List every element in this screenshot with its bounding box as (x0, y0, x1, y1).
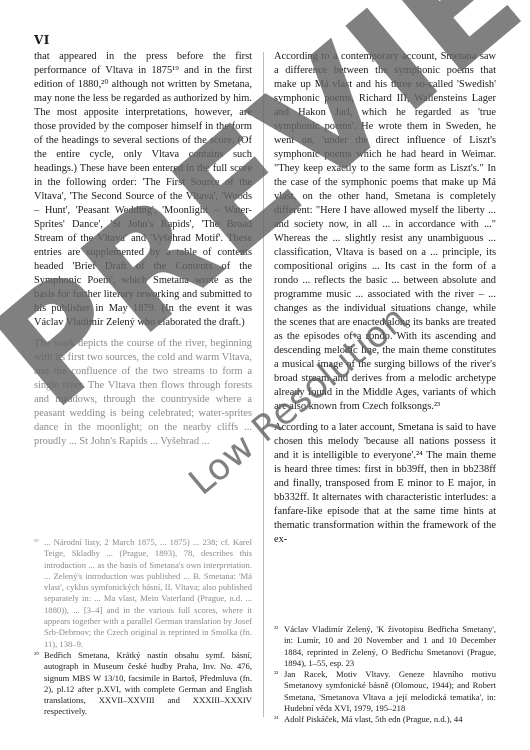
footnote-19: ¹⁹ ... Národní listy, 2 March 1875, ... … (34, 537, 252, 650)
footnote-24: ²⁴ Adolf Piskáček, Má vlast, 5th edn (Pr… (274, 714, 496, 725)
footnote-mark: ²³ (274, 669, 278, 680)
right-paragraph-1: According to a contemporary account, Sme… (274, 50, 496, 414)
right-column: According to a contemporary account, Sme… (274, 50, 496, 547)
footnote-mark: ¹⁹ (34, 537, 39, 548)
footnotes-left: ¹⁹ ... Národní listy, 2 March 1875, ... … (34, 537, 252, 718)
footnote-23: ²³ Jan Racek, Motiv Vltavy. Geneze hlavn… (274, 669, 496, 714)
footnote-22: ²² Václav Vladimír Zelený, 'K životopisu… (274, 624, 496, 669)
right-paragraph-2: According to a later account, Smetana is… (274, 421, 496, 547)
left-column: that appeared in the press before the fi… (34, 50, 252, 449)
footnote-mark: ²⁰ (34, 650, 39, 661)
footnotes-right: ²² Václav Vladimír Zelený, 'K životopisu… (274, 624, 496, 726)
document-page: VI that appeared in the press before the… (0, 0, 530, 750)
column-divider (263, 52, 264, 717)
page-number: VI (34, 33, 50, 47)
footnote-mark: ²⁴ (274, 714, 279, 725)
footnote-text: Adolf Piskáček, Má vlast, 5th edn (Pragu… (284, 714, 463, 724)
left-paragraph-2: The work depicts the course of the river… (34, 337, 252, 449)
footnote-text: ... Národní listy, 2 March 1875, ... 187… (44, 537, 252, 649)
footnote-20: ²⁰ Bedřich Smetana, Krátký nastín obsahu… (34, 650, 252, 718)
footnote-text: Bedřich Smetana, Krátký nastín obsahu sy… (44, 650, 252, 716)
left-paragraph-1: that appeared in the press before the fi… (34, 50, 252, 330)
footnote-text: Václav Vladimír Zelený, 'K životopisu Be… (284, 624, 496, 668)
footnote-mark: ²² (274, 624, 278, 635)
footnote-text: Jan Racek, Motiv Vltavy. Geneze hlavního… (284, 669, 496, 713)
